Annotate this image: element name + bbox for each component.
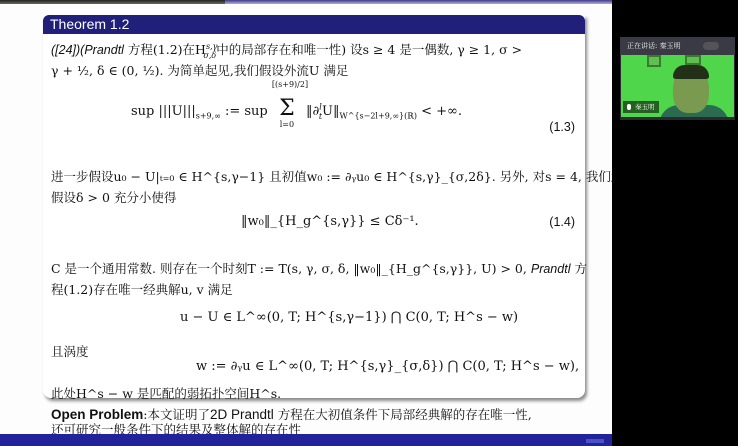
video-feed: 秦玉明 (621, 55, 734, 117)
slide-top-bar-right (225, 0, 612, 4)
microphone-icon (627, 104, 631, 110)
theorem-line-5: C 是一个通用常数. 则存在一个时刻T := T(s, γ, σ, δ, ‖w₀… (51, 259, 587, 277)
theorem-line-7: 且涡度 (51, 342, 89, 360)
theorem-line-3: 进一步假设u₀ − U|ₜ₌₀ ∈ H^{s,γ−1} 且初值w₀ := ∂ᵧu… (51, 167, 612, 185)
equation-number-1-4: (1.4) (549, 215, 575, 229)
wall-frame-image (647, 55, 661, 67)
theorem-intro: 方程(1.2)在H (124, 42, 206, 57)
equation-number-1-3: (1.3) (549, 120, 575, 134)
open-problem-label: Open Problem (51, 407, 143, 422)
sum-lower: l=0 (272, 120, 302, 129)
theorem-line-4: 假设δ > 0 充分小使得 (51, 188, 176, 206)
space-subscript: σ,δ (203, 51, 216, 60)
line5-tail: 方 (570, 261, 586, 276)
open-problem-text-a: :本文证明了 (143, 407, 210, 422)
person-hair (673, 65, 709, 79)
open-problem-text-b: 2D Prandtl (210, 407, 274, 422)
eq13-mid: := sup (221, 104, 272, 119)
equation-1-6: w := ∂ᵧu ∈ L^∞(0, T; H^{s,γ}_{σ,δ}) ⋂ C(… (196, 359, 579, 374)
equation-1-5: u − U ∈ L^∞(0, T; H^{s,γ−1}) ⋂ C(0, T; H… (180, 310, 518, 325)
presentation-slide: Theorem 1.2 ([24])(Prandtl 方程(1.2)在Hs,γσ… (0, 0, 612, 446)
eq13-left: sup |||U||| (131, 104, 196, 119)
signal-icon (703, 42, 719, 50)
sum-upper: [(s+9)/2] (272, 80, 302, 89)
eq13-norm-sub: W^{s−2l+9,∞}(ℝ) (340, 112, 417, 121)
summation: [(s+9)/2] Σ l=0 (272, 102, 302, 119)
wall-frame-image (685, 55, 701, 65)
eq13-sub: s+9,∞ (196, 112, 221, 121)
line5-text: C 是一个通用常数. 则存在一个时刻T := T(s, γ, σ, δ, ‖w₀… (51, 261, 527, 276)
open-problem-text-c: 方程在大初值条件下局部经典解的存在唯一性, (274, 407, 532, 422)
page-indicator (586, 439, 604, 443)
eq13-norm: ‖∂ (306, 104, 319, 119)
speaking-label: 正在讲话: 秦玉明 (627, 42, 681, 50)
eq13-norm-tail: U‖ (322, 104, 339, 119)
equation-1-3: sup |||U|||s+9,∞ := sup [(s+9)/2] Σ l=0 … (131, 102, 462, 121)
speaking-indicator: 正在讲话: 秦玉明 (620, 37, 735, 55)
theorem-line-2: γ + ½, δ ∈ (0, ½). 为简单起见,我们假设外流U 满足 (51, 61, 348, 79)
sum-symbol: Σ (279, 96, 295, 121)
theorem-title: Theorem 1.2 (43, 15, 585, 34)
slide-bottom-bar (0, 434, 612, 446)
line5-prandtl: Prandtl (531, 262, 571, 276)
theorem-line-1: ([24])(Prandtl 方程(1.2)在Hs,γσ,δ中的局部存在和唯一性… (51, 40, 522, 60)
theorem-line-8: 此处H^s − w 是匹配的弱拓扑空间H^s. (51, 384, 281, 402)
theorem-reference: ([24])(Prandtl (51, 43, 124, 57)
participant-name: 秦玉明 (635, 103, 655, 111)
theorem-line-6: 程(1.2)存在唯一经典解u, v 满足 (51, 280, 233, 298)
theorem-intro-tail: 中的局部存在和唯一性) 设s ≥ 4 是一偶数, γ ≥ 1, σ > (216, 42, 522, 57)
open-problem: Open Problem:本文证明了2D Prandtl 方程在大初值条件下局部… (51, 407, 611, 437)
equation-1-4: ‖w₀‖_{H_g^{s,γ}} ≤ Cδ⁻¹. (241, 214, 419, 229)
participant-video-tile[interactable]: 正在讲话: 秦玉明 秦玉明 (620, 37, 735, 120)
slide-top-bar-left (0, 0, 225, 4)
eq13-end: < +∞. (417, 104, 462, 119)
theorem-block: Theorem 1.2 ([24])(Prandtl 方程(1.2)在Hs,γσ… (43, 15, 585, 398)
participant-name-tag: 秦玉明 (623, 101, 659, 113)
